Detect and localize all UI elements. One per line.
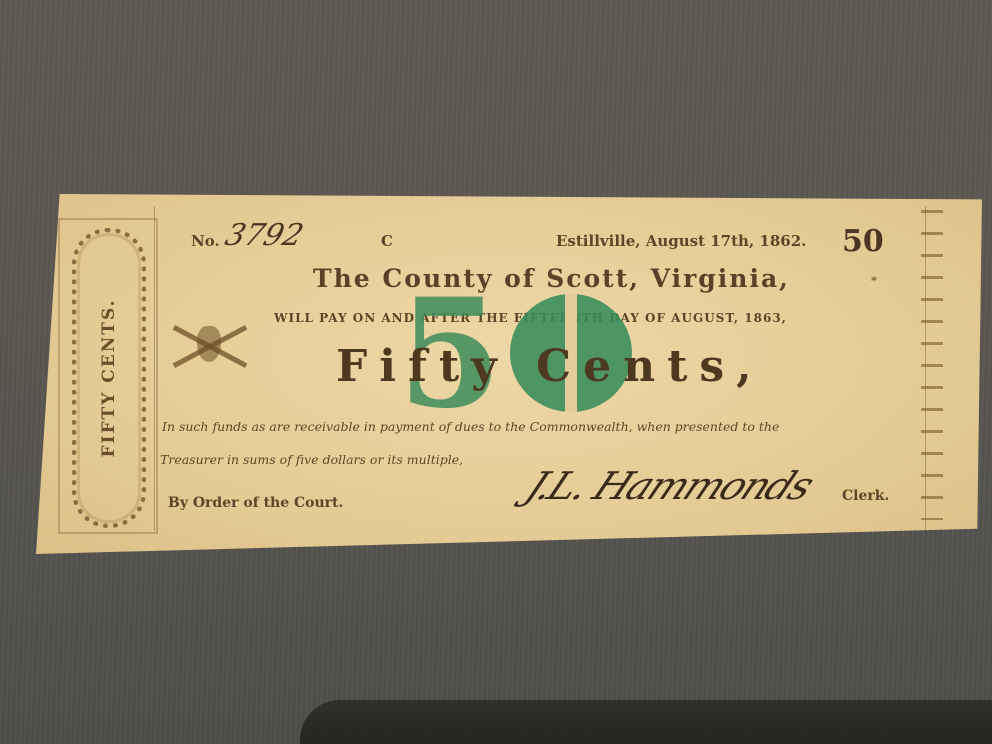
star-ornament-icon: * bbox=[871, 274, 877, 288]
clerk-signature: J.L. Hammonds bbox=[519, 464, 820, 508]
corner-denomination: 50 bbox=[842, 224, 884, 259]
ornamental-oval: FIFTY CENTS. bbox=[72, 228, 146, 528]
crossed-tools-emblem-icon bbox=[164, 316, 254, 376]
serial-label: No. bbox=[191, 232, 220, 250]
banknote: FIFTY CENTS. No. 3792 C Estillville, Aug… bbox=[36, 194, 982, 554]
left-panel-denomination: FIFTY CENTS. bbox=[99, 298, 119, 457]
serial-number: 3792 bbox=[221, 218, 307, 253]
table-shadow bbox=[300, 700, 992, 744]
signer-title: Clerk. bbox=[842, 488, 889, 504]
place-date: Estillville, August 17th, 1862. bbox=[556, 232, 806, 250]
amount-in-words: Fifty Cents, bbox=[336, 341, 764, 392]
note-title: The County of Scott, Virginia, bbox=[313, 264, 790, 293]
right-ornamental-border bbox=[904, 210, 960, 520]
left-vignette-panel: FIFTY CENTS. bbox=[58, 218, 158, 534]
court-order: By Order of the Court. bbox=[168, 495, 343, 511]
plate-letter: C bbox=[381, 232, 393, 250]
redemption-clause-line-2: Treasurer in sums of five dollars or its… bbox=[160, 452, 463, 467]
